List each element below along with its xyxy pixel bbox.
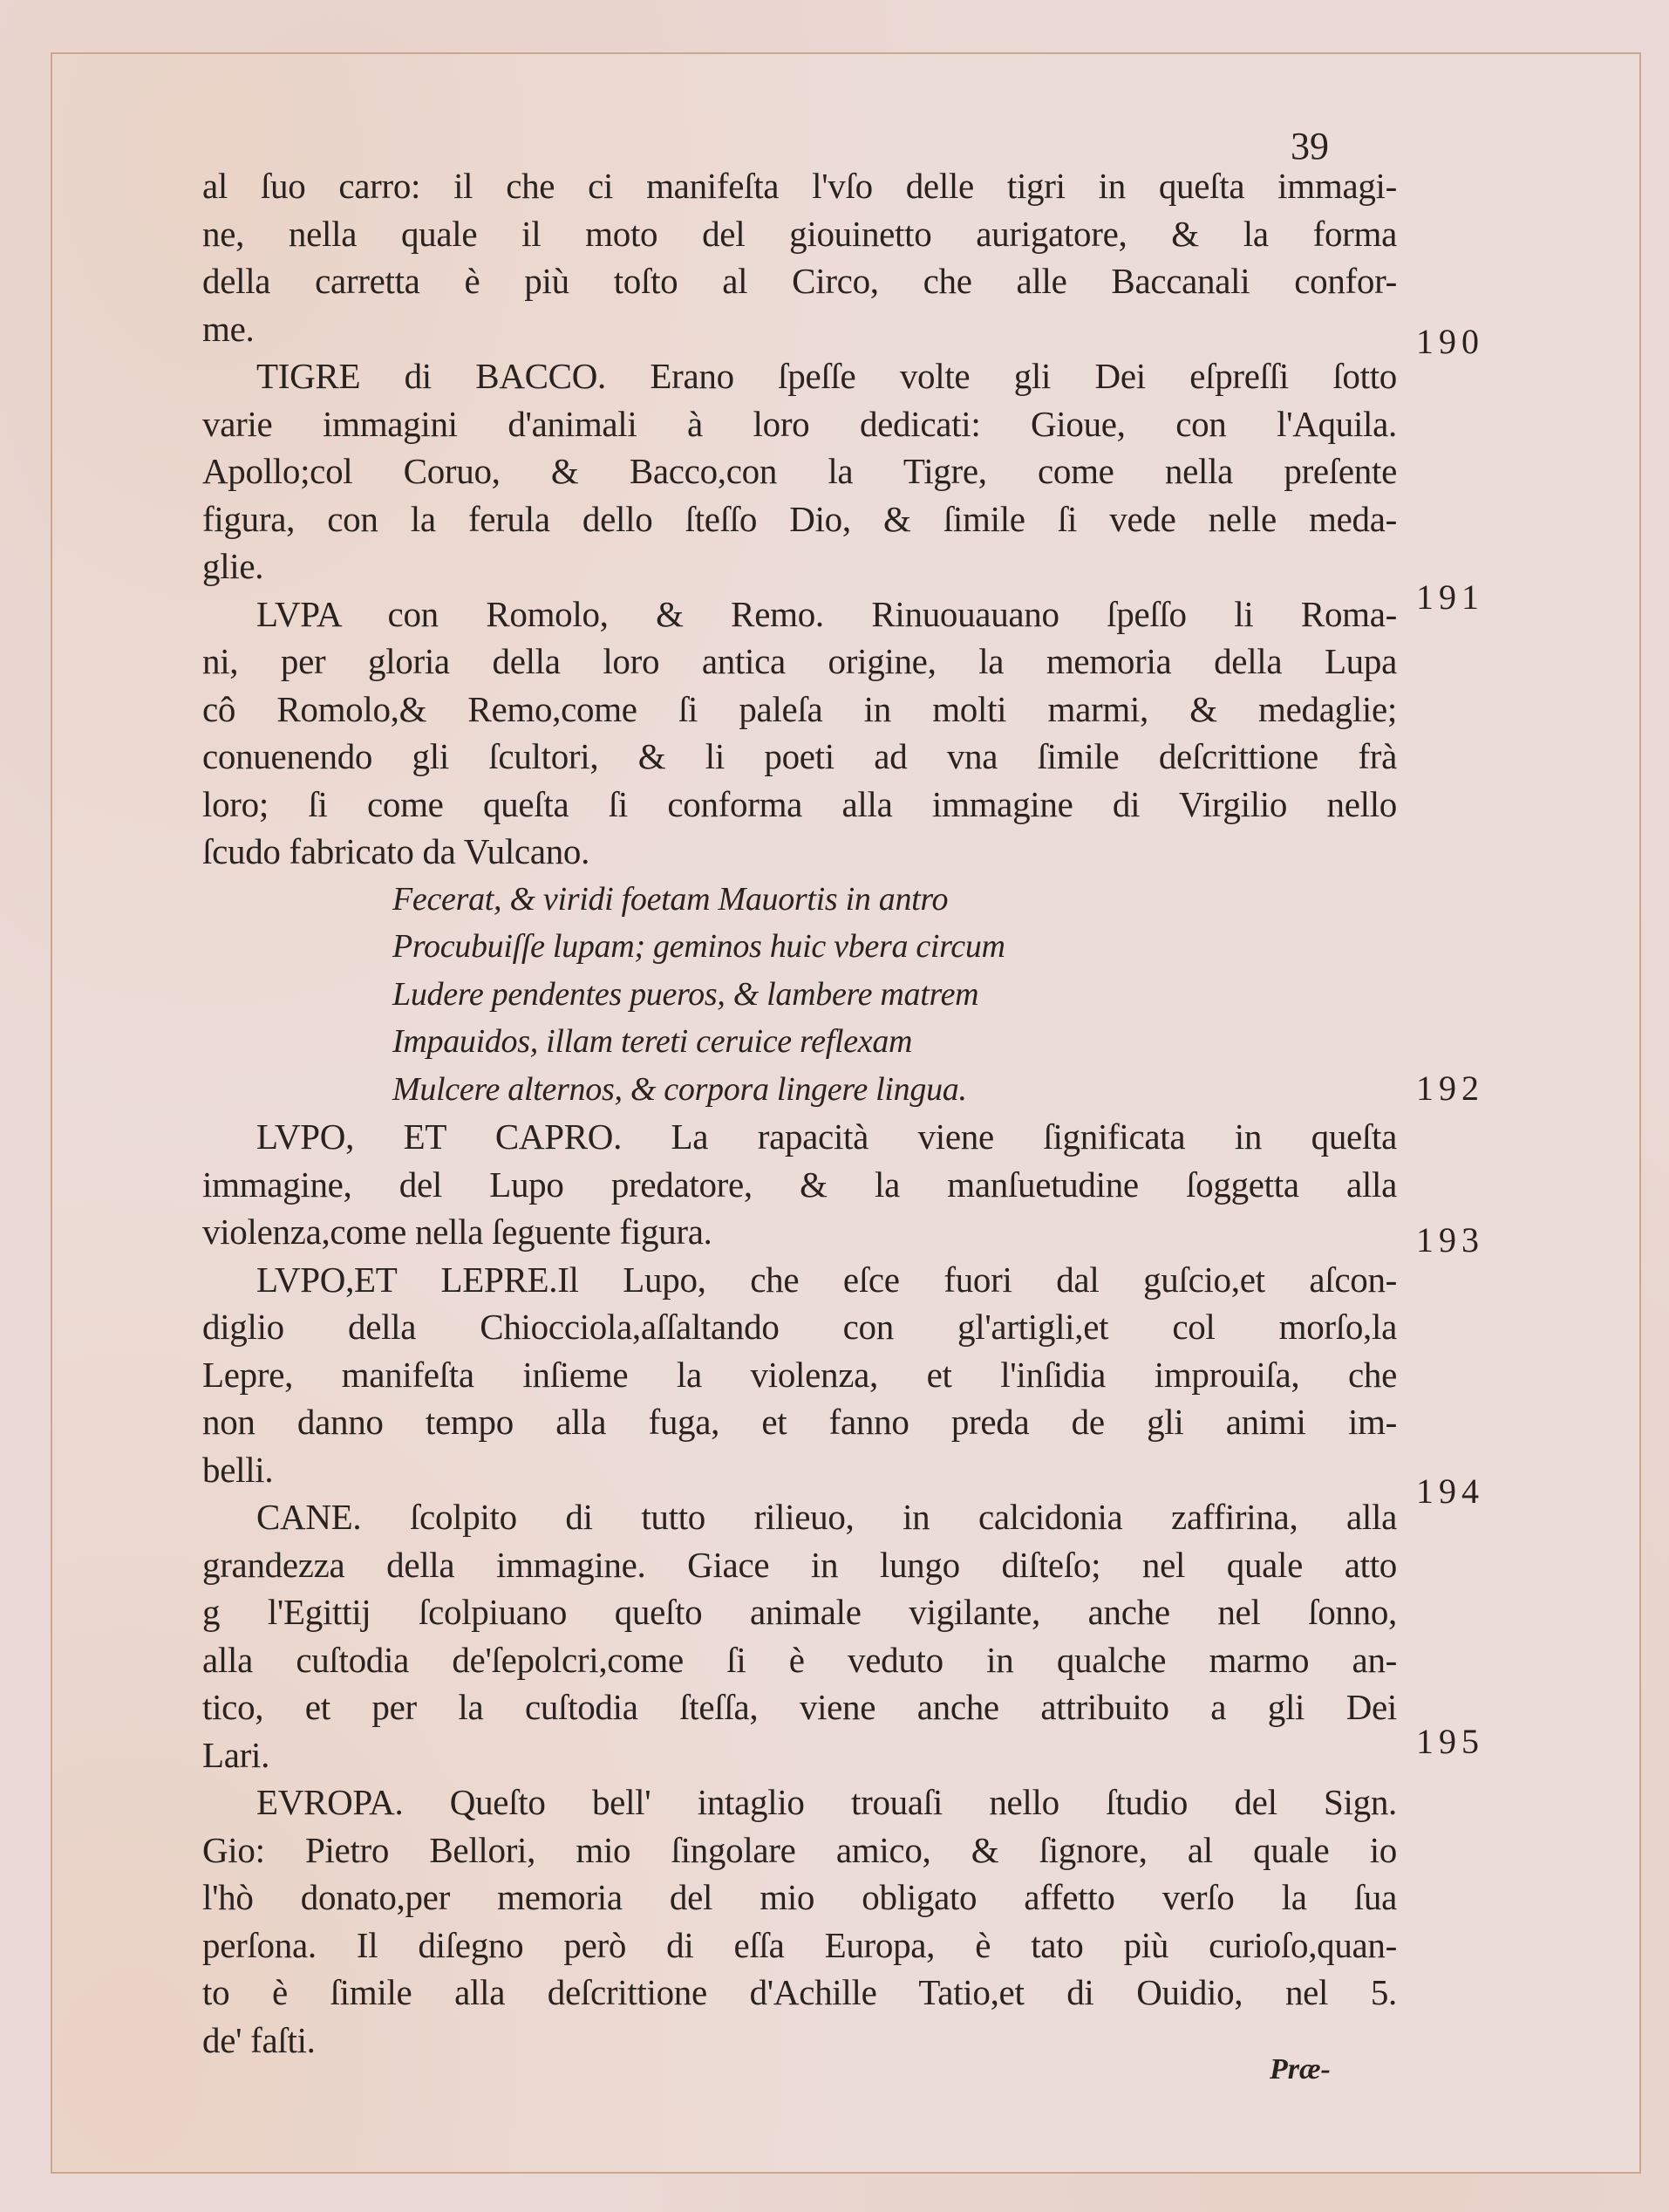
text-line: ni, per gloria della loro antica origine… [202,638,1397,686]
text-line: Lepre, manifeſta inſieme la violenza, et… [202,1351,1397,1399]
text-line: Gio: Pietro Bellori, mio ſingolare amico… [202,1826,1397,1874]
text-line: ſcudo fabricato da Vulcano. [202,828,1397,876]
verse-line: Fecerat, & viridi foetam Mauortis in ant… [202,876,1397,924]
verse-line: Ludere pendentes pueros, & lambere matre… [202,971,1397,1019]
text-line: CANE. ſcolpito di tutto rilieuo, in calc… [202,1493,1397,1541]
text-line: belli. [202,1446,1397,1494]
text-line: al ſuo carro: il che ci manifeſta l'vſo … [202,162,1397,210]
text-line: l'hò donato,per memoria del mio obligato… [202,1874,1397,1922]
text-line: Lari. [202,1731,1397,1779]
text-line: varie immagini d'animali à loro dedicati… [202,400,1397,448]
text-line: LVPO, ET CAPRO. La rapacità viene ſignif… [202,1113,1397,1161]
text-line: LVPO,ET LEPRE.Il Lupo, che eſce fuori da… [202,1256,1397,1304]
text-line: EVROPA. Queſto bell' intaglio trouaſi ne… [202,1778,1397,1826]
text-line: cô Romolo,& Remo,come ſi paleſa in molti… [202,686,1397,734]
margin-entry-number: 190 [1416,324,1484,359]
text-line: non danno tempo alla fuga, et fanno pred… [202,1398,1397,1446]
body-text: al ſuo carro: il che ci manifeſta l'vſo … [202,162,1397,2064]
catchword: Præ- [1270,2053,1331,2086]
text-line: figura, con la ferula dello ſteſſo Dio, … [202,495,1397,543]
text-line: conuenendo gli ſcultori, & li poeti ad v… [202,733,1397,781]
text-line: me. [202,305,1397,353]
margin-entry-number: 191 [1416,580,1484,615]
text-line: loro; ſi come queſta ſi conforma alla im… [202,781,1397,829]
text-line: diglio della Chiocciola,aſſaltando con g… [202,1303,1397,1351]
margin-entry-number: 195 [1416,1724,1484,1759]
verse-line: Impauidos, illam tereti ceruice reflexam [202,1018,1397,1066]
text-line: LVPA con Romolo, & Remo. Rinuouauano ſpe… [202,591,1397,638]
text-line: TIGRE di BACCO. Erano ſpeſſe volte gli D… [202,352,1397,400]
verse-line: Procubuiſſe lupam; geminos huic vbera ci… [202,923,1397,971]
text-line: violenza,come nella ſeguente figura. [202,1208,1397,1256]
text-line: de' faſti. [202,2017,1397,2065]
text-line: Apollo;col Coruo, & Bacco,con la Tigre, … [202,447,1397,495]
margin-entry-number: 194 [1416,1474,1484,1509]
text-line: tico, et per la cuſtodia ſteſſa, viene a… [202,1683,1397,1731]
page-number: 39 [1291,127,1329,166]
text-line: alla cuſtodia de'ſepolcri,come ſi è vedu… [202,1636,1397,1684]
text-line: perſona. Il diſegno però di eſſa Europa,… [202,1922,1397,1970]
text-line: to è ſimile alla deſcrittione d'Achille … [202,1969,1397,2017]
text-line: glie. [202,543,1397,591]
text-line: della carretta è più toſto al Circo, che… [202,257,1397,305]
verse-line: Mulcere alternos, & corpora lingere ling… [202,1066,1397,1114]
text-line: g l'Egittij ſcolpiuano queſto animale vi… [202,1588,1397,1636]
margin-entry-number: 192 [1416,1071,1484,1106]
text-line: ne, nella quale il moto del giouinetto a… [202,210,1397,258]
text-line: immagine, del Lupo predatore, & la manſu… [202,1161,1397,1209]
margin-entry-number: 193 [1416,1223,1484,1258]
text-line: grandezza della immagine. Giace in lungo… [202,1541,1397,1589]
